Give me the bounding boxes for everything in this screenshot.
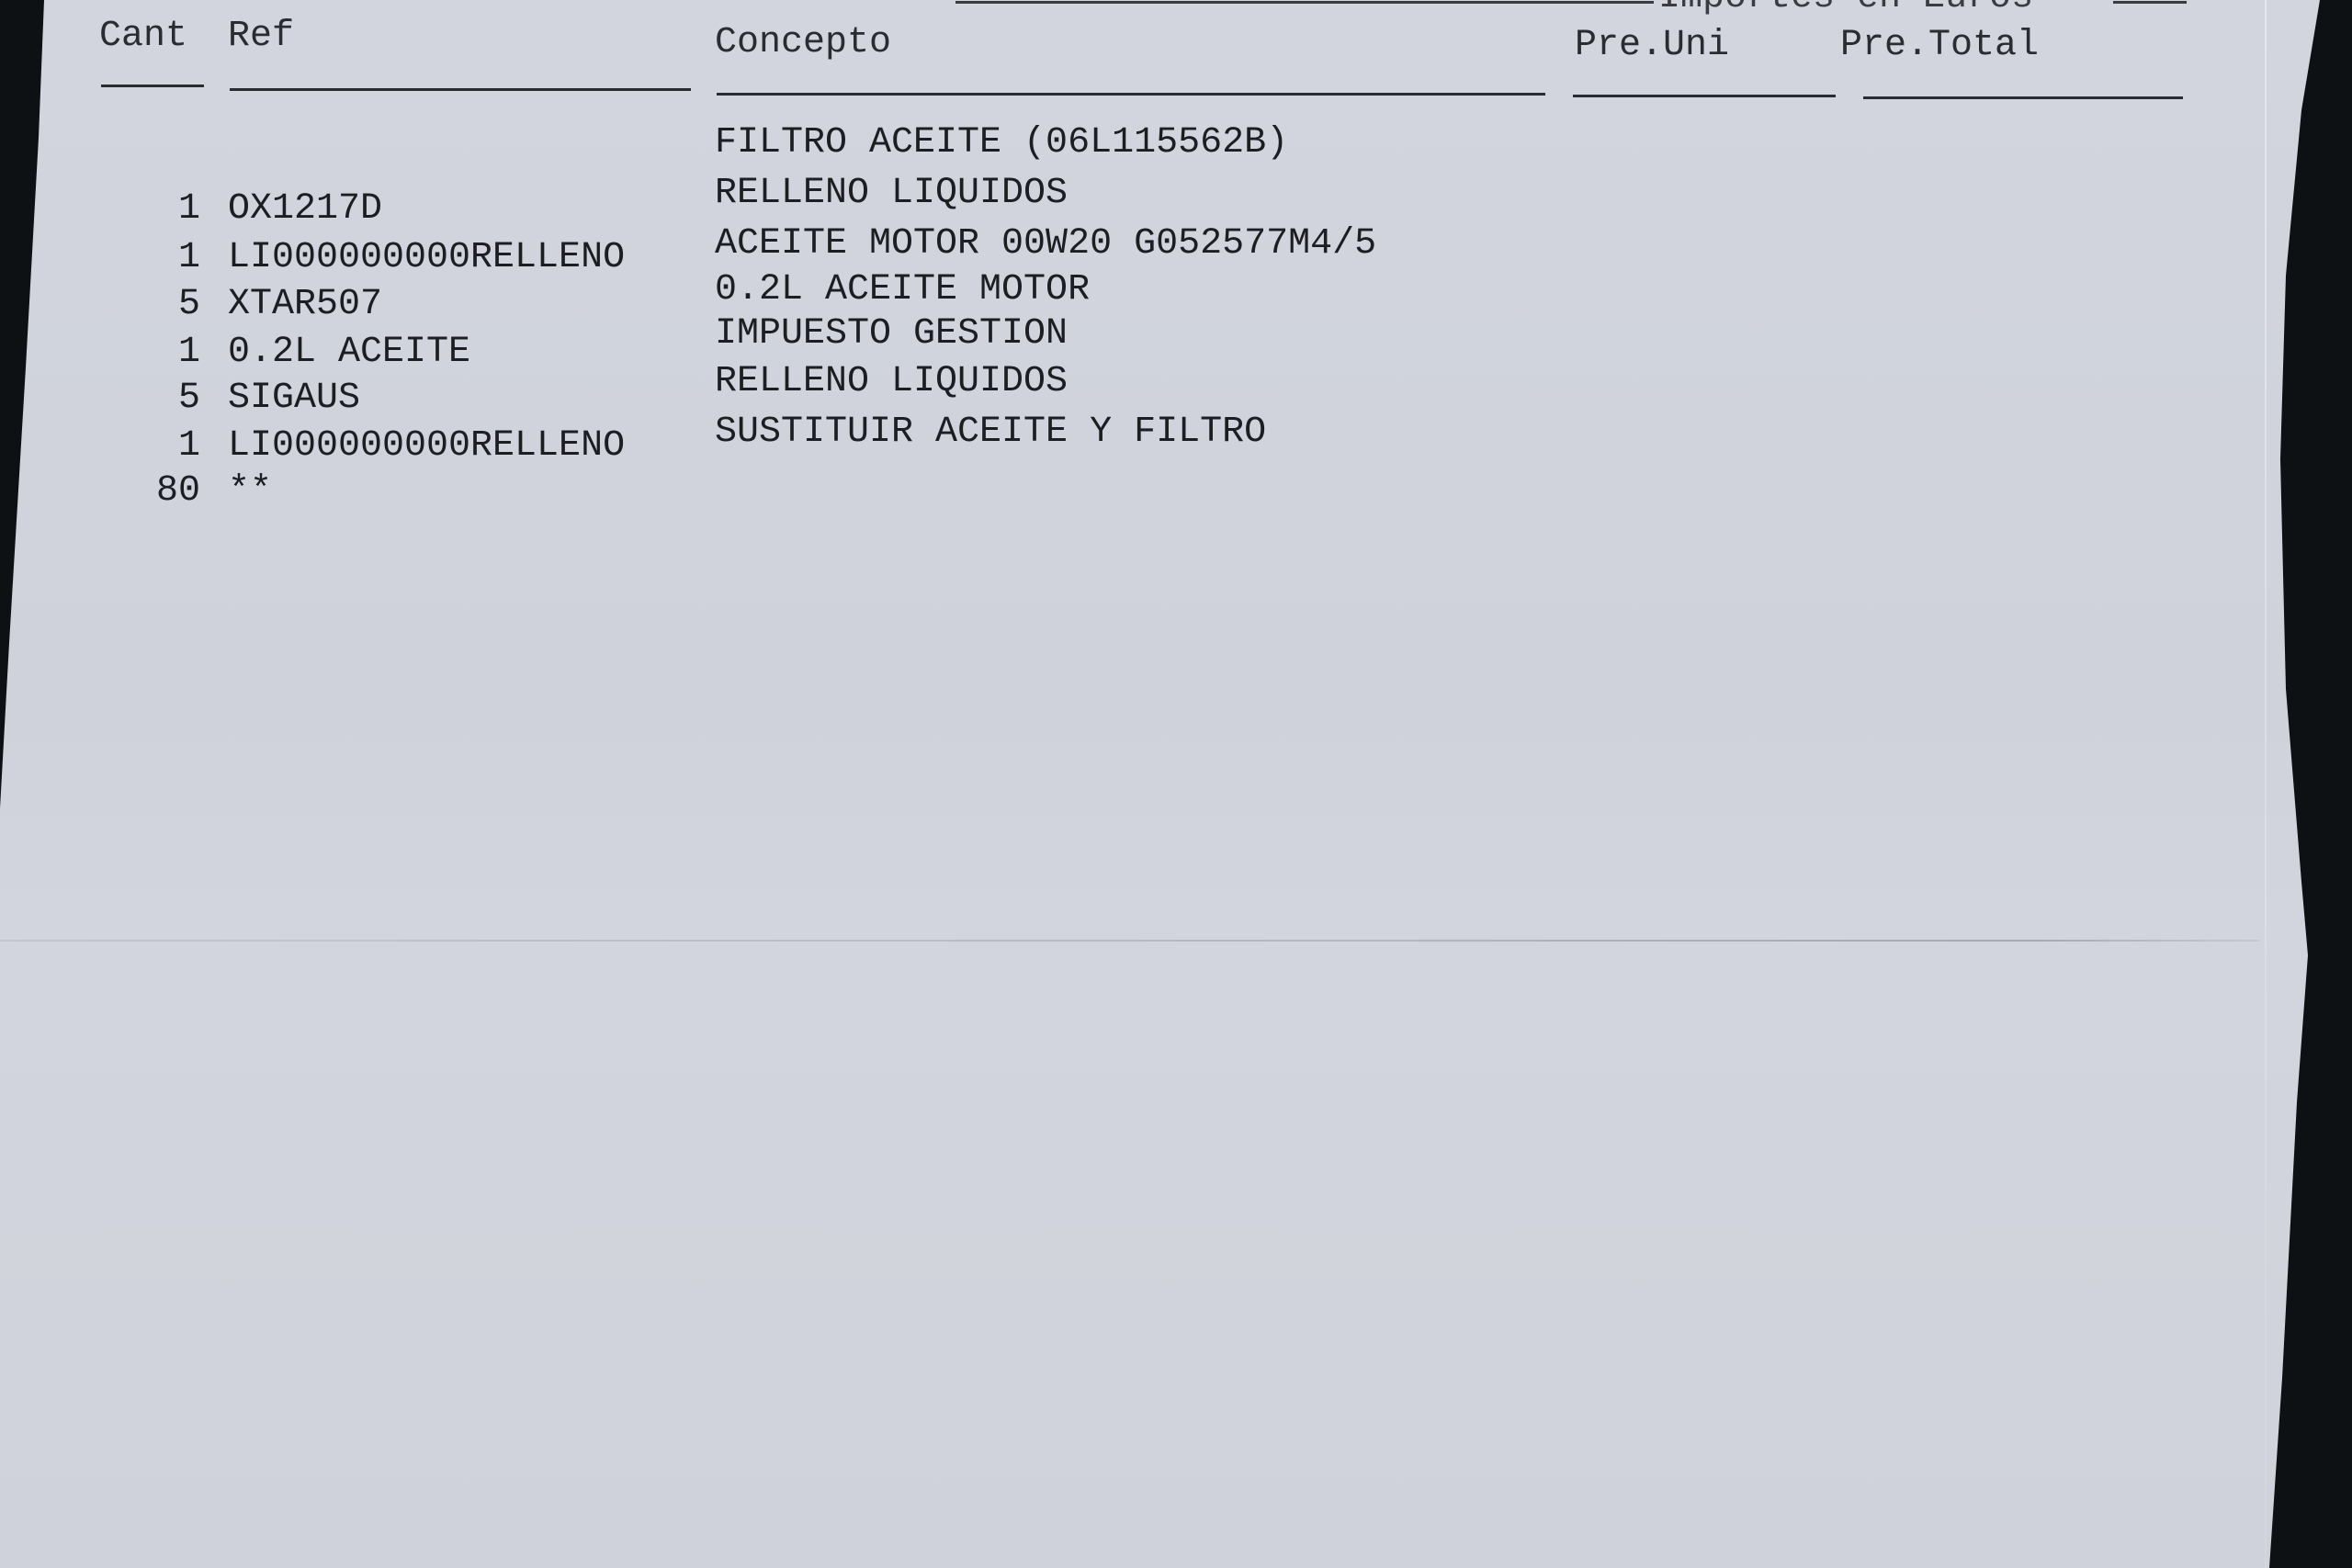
row-concept: FILTRO ACEITE (06L115562B) <box>715 125 1288 162</box>
paper-fold-vertical <box>2265 0 2267 1568</box>
column-header-pre-uni: Pre.Uni <box>1575 28 1729 64</box>
paper-fold-horizontal <box>0 940 2260 942</box>
table-row: 1 OX1217D FILTRO ACEITE (06L115562B) <box>0 118 1562 158</box>
importes-rule-left <box>955 1 1654 4</box>
importes-header: Importes en Euros <box>1658 0 2033 17</box>
invoice-paper: Importes en Euros Cant Ref Concepto Pre.… <box>0 0 2352 1568</box>
table-row: 5 SIGAUS IMPUESTO GESTION <box>0 307 1562 347</box>
photo-stage: Importes en Euros Cant Ref Concepto Pre.… <box>0 0 2352 1568</box>
table-row: 1 0.2L ACEITE 0.2L ACEITE MOTOR <box>0 261 1562 301</box>
row-ref: ** <box>228 473 272 510</box>
column-header-pre-total: Pre.Total <box>1840 28 2039 64</box>
rule-pre-total <box>1863 96 2183 99</box>
row-concept: ACEITE MOTOR 00W20 G052577M4/5 <box>715 226 1376 263</box>
row-qty: 80 <box>156 470 200 512</box>
row-concept: SUSTITUIR ACEITE Y FILTRO <box>715 414 1266 451</box>
rule-cant <box>101 85 204 87</box>
row-concept: 0.2L ACEITE MOTOR <box>715 272 1090 309</box>
column-header-ref: Ref <box>228 18 294 55</box>
table-row: 1 LI000000000RELLENO RELLENO LIQUIDOS <box>0 166 1562 207</box>
rule-pre-uni <box>1573 95 1836 97</box>
importes-rule-right <box>2113 1 2187 4</box>
row-concept: RELLENO LIQUIDOS <box>715 364 1068 400</box>
column-header-concepto: Concepto <box>715 25 891 62</box>
rule-ref <box>230 88 691 91</box>
column-header-cant: Cant <box>99 18 187 55</box>
table-row: 5 XTAR507 ACEITE MOTOR 00W20 G052577M4/5 <box>0 213 1562 254</box>
table-row: 1 LI000000000RELLENO RELLENO LIQUIDOS <box>0 355 1562 395</box>
rule-concepto <box>717 93 1545 96</box>
row-concept: IMPUESTO GESTION <box>715 316 1068 353</box>
row-concept: RELLENO LIQUIDOS <box>715 175 1068 212</box>
invoice-lines-table: Importes en Euros Cant Ref Concepto Pre.… <box>0 0 132 882</box>
table-row: 80 ** SUSTITUIR ACEITE Y FILTRO <box>0 400 1562 440</box>
